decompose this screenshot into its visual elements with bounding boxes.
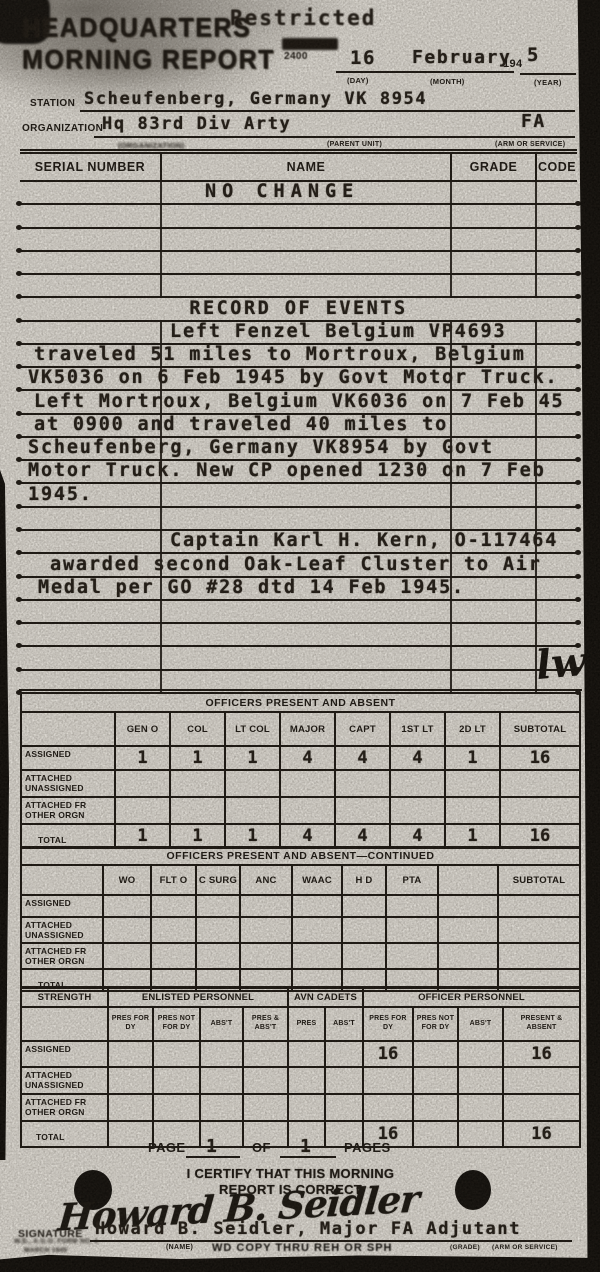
column-header: 2D LT (444, 713, 499, 747)
roster-row: RECORD OF EVENTS (20, 298, 577, 321)
table-row: ATTACHED FR OTHER ORGN (22, 944, 579, 970)
group-header: ENLISTED PERSONNEL (107, 989, 287, 1008)
value-cell (107, 1095, 152, 1122)
typed-entry: VK5036 on 6 Feb 1945 by Govt Motor Truck… (28, 367, 558, 388)
grade-header: GRADE (450, 154, 535, 180)
form-number-line2: MARCH 1945 (24, 1247, 67, 1254)
table-row: ATTACHED UNASSIGNED (22, 771, 579, 798)
column-divider (450, 252, 452, 273)
pages-label: PAGES (344, 1140, 391, 1155)
typed-entry: NO CHANGE (205, 181, 359, 202)
date-day-value: 16 (350, 47, 376, 69)
value-cell (385, 918, 437, 944)
column-header: H D (341, 866, 385, 896)
value-cell (497, 944, 579, 970)
value-cell: 1 (169, 747, 224, 771)
roster-row (20, 601, 577, 624)
roster-row (20, 647, 577, 670)
roster-row: Captain Karl H. Kern, O-117464 (20, 531, 577, 554)
table-row: ATTACHED UNASSIGNED (22, 918, 579, 944)
column-divider (535, 484, 537, 505)
column-divider (450, 508, 452, 529)
value-cell (437, 918, 497, 944)
code-header: CODE (535, 154, 577, 180)
value-cell (412, 1122, 457, 1148)
column-divider (450, 229, 452, 250)
value-cell (499, 798, 579, 825)
value-cell (242, 1042, 287, 1068)
column-divider (160, 601, 162, 622)
value-cell (224, 798, 279, 825)
column-divider (160, 531, 162, 552)
column-divider (535, 415, 537, 436)
roster-row (20, 229, 577, 252)
morning-report-page: Restricted HEADQUARTERS MORNING REPORT 2… (0, 0, 600, 1272)
officers-table-title: OFFICERS PRESENT AND ABSENT (22, 692, 579, 713)
row-label: ATTACHED FR OTHER ORGN (22, 798, 114, 825)
date-month-value: February (412, 47, 512, 68)
value-cell (412, 1095, 457, 1122)
typed-entry: RECORD OF EVENTS (189, 298, 407, 319)
column-divider (535, 578, 537, 599)
group-header: AVN CADETS (287, 989, 362, 1008)
value-cell (107, 1042, 152, 1068)
year-underline (520, 73, 576, 75)
value-cell: 4 (389, 747, 444, 771)
value-cell (291, 896, 341, 918)
roster-row (20, 205, 577, 228)
arm-or-service-label: (ARM OR SERVICE) (495, 141, 565, 148)
pages-underline (280, 1156, 336, 1158)
roster-row: Left Mortroux, Belgium VK6036 on 7 Feb 4… (20, 391, 577, 414)
date-underline (336, 71, 514, 73)
value-cell (107, 1068, 152, 1095)
organization-label: ORGANIZATION (22, 123, 103, 134)
value-cell: 1 (114, 747, 169, 771)
typed-entry: Motor Truck. New CP opened 1230 on 7 Feb (28, 460, 546, 481)
column-divider (160, 624, 162, 645)
column-header: COL (169, 713, 224, 747)
station-label: STATION (30, 98, 75, 109)
corner-cell (22, 1008, 107, 1042)
column-divider (160, 182, 162, 203)
strength-table: STRENGTHENLISTED PERSONNELAVN CADETSOFFI… (20, 986, 581, 1148)
corner-cell (22, 713, 114, 747)
roster-row (20, 508, 577, 531)
value-cell (242, 1095, 287, 1122)
column-divider (160, 508, 162, 529)
value-cell (412, 1068, 457, 1095)
value-cell (444, 771, 499, 798)
handwritten-initials: lw (534, 638, 588, 689)
strength-group-row: STRENGTHENLISTED PERSONNELAVN CADETSOFFI… (22, 989, 579, 1008)
column-header: PTA (385, 866, 437, 896)
value-cell (107, 1122, 152, 1148)
value-cell (457, 1122, 502, 1148)
value-cell (502, 1068, 579, 1095)
column-header: SUBTOTAL (497, 866, 579, 896)
column-divider (535, 229, 537, 250)
typed-entry: Medal per GO #28 dtd 14 Feb 1945. (38, 577, 465, 598)
grade-label: (GRADE) (450, 1244, 480, 1251)
organization-underline (94, 136, 575, 138)
value-cell (324, 1068, 362, 1095)
value-cell (341, 944, 385, 970)
value-cell (279, 798, 334, 825)
column-divider (535, 182, 537, 203)
value-cell (362, 1068, 412, 1095)
row-label: ATTACHED UNASSIGNED (22, 1068, 107, 1095)
value-cell: 16 (502, 1042, 579, 1068)
value-cell: 4 (334, 747, 389, 771)
value-cell (412, 1042, 457, 1068)
roster-row: Scheufenberg, Germany VK8954 by Govt (20, 438, 577, 461)
roster-row: at 0900 and traveled 40 miles to (20, 415, 577, 438)
value-cell (497, 918, 579, 944)
column-divider (450, 415, 452, 436)
value-cell: 16 (499, 747, 579, 771)
strength-table-body: STRENGTHENLISTED PERSONNELAVN CADETSOFFI… (22, 989, 579, 1148)
column-divider (535, 438, 537, 459)
value-cell (239, 944, 291, 970)
column-header: PRES NOT FOR DY (412, 1008, 457, 1042)
date-year-value: 5 (527, 44, 540, 66)
column-divider (450, 484, 452, 505)
value-cell (324, 1042, 362, 1068)
value-cell (334, 798, 389, 825)
typed-entry: Scheufenberg, Germany VK8954 by Govt (28, 437, 494, 458)
row-label: ATTACHED FR OTHER ORGN (22, 944, 102, 970)
value-cell (152, 1042, 199, 1068)
strength-label: STRENGTH (22, 989, 107, 1008)
column-divider (160, 252, 162, 273)
officers-table-body: GEN OCOLLT COLMAJORCAPT1ST LT2D LTSUBTOT… (22, 713, 579, 849)
column-divider (160, 275, 162, 296)
column-header: PRES FOR DY (362, 1008, 412, 1042)
officers-continued-title: OFFICERS PRESENT AND ABSENT—CONTINUED (22, 846, 579, 866)
row-label: ASSIGNED (22, 1042, 107, 1068)
typed-entry: Captain Karl H. Kern, O-117464 (170, 530, 558, 551)
table-row: ASSIGNED (22, 896, 579, 918)
roster-row: Motor Truck. New CP opened 1230 on 7 Feb (20, 461, 577, 484)
restricted-stamp: Restricted (230, 6, 376, 30)
morning-report-title: MORNING REPORT (22, 45, 275, 76)
column-divider (450, 205, 452, 226)
column-header (437, 866, 497, 896)
row-label: ASSIGNED (22, 896, 102, 918)
hours-label: 2400 (284, 51, 308, 62)
scan-edge-left (0, 470, 9, 1160)
page-number: 1 (206, 1136, 218, 1157)
value-cell (497, 896, 579, 918)
typed-entry: traveled 51 miles to Mortroux, Belgium (34, 344, 526, 365)
value-cell (199, 1095, 242, 1122)
column-header: WO (102, 866, 150, 896)
value-cell (150, 944, 195, 970)
value-cell (437, 944, 497, 970)
typed-entry: Left Fenzel Belgium VP4693 (170, 321, 506, 342)
value-cell (195, 918, 239, 944)
value-cell: 1 (224, 747, 279, 771)
column-divider (535, 205, 537, 226)
column-header: ABS'T (199, 1008, 242, 1042)
value-cell (444, 798, 499, 825)
pages-count: 1 (300, 1136, 312, 1157)
column-header: FLT O (150, 866, 195, 896)
serial-number-header: SERIAL NUMBER (20, 154, 160, 180)
roster-row: Left Fenzel Belgium VP4693 (20, 322, 577, 345)
value-cell (169, 798, 224, 825)
value-cell (457, 1095, 502, 1122)
value-cell: 4 (279, 747, 334, 771)
column-divider (535, 601, 537, 622)
column-header: WAAC (291, 866, 341, 896)
table-row: ASSIGNED111444116 (22, 747, 579, 771)
strength-row: ATTACHED FR OTHER ORGN (22, 1095, 579, 1122)
column-header: GEN O (114, 713, 169, 747)
row-label: TOTAL (22, 1122, 107, 1148)
value-cell (287, 1042, 324, 1068)
column-divider (450, 275, 452, 296)
strength-subheader-row: PRES FOR DYPRES NOT FOR DYABS'TPRES & AB… (22, 1008, 579, 1042)
value-cell (224, 771, 279, 798)
page-label: PAGE (148, 1140, 185, 1155)
column-divider (535, 252, 537, 273)
roster-row: NO CHANGE (20, 182, 577, 205)
value-cell (150, 918, 195, 944)
column-header: PRESENT & ABSENT (502, 1008, 579, 1042)
value-cell: 1 (444, 747, 499, 771)
punch-hole-right (455, 1170, 491, 1210)
station-underline (80, 110, 575, 112)
value-cell (239, 918, 291, 944)
value-cell (199, 1068, 242, 1095)
value-cell (457, 1068, 502, 1095)
column-divider (450, 624, 452, 645)
value-cell: 16 (502, 1122, 579, 1148)
value-cell (114, 771, 169, 798)
value-cell (499, 771, 579, 798)
value-cell (385, 944, 437, 970)
value-cell (341, 896, 385, 918)
value-cell (334, 771, 389, 798)
value-cell (457, 1042, 502, 1068)
column-divider (535, 322, 537, 343)
value-cell (341, 918, 385, 944)
value-cell (291, 944, 341, 970)
signature-typed: Howard B. Seidler, Major FA Adjutant (95, 1219, 521, 1239)
roster-row: traveled 51 miles to Mortroux, Belgium (20, 345, 577, 368)
arm-service-footer-label: (ARM OR SERVICE) (492, 1244, 558, 1251)
value-cell (152, 1068, 199, 1095)
roster-row (20, 624, 577, 647)
of-label: OF (252, 1140, 271, 1155)
column-divider (160, 647, 162, 668)
column-divider (450, 647, 452, 668)
officers-continued-table: OFFICERS PRESENT AND ABSENT—CONTINUED WO… (20, 846, 581, 992)
column-header: PRES & ABS'T (242, 1008, 287, 1042)
name-label: (NAME) (166, 1244, 193, 1251)
month-label: (MONTH) (430, 77, 465, 86)
column-header: CAPT (334, 713, 389, 747)
value-cell (287, 1095, 324, 1122)
station-value: Scheufenberg, Germany VK 8954 (84, 89, 427, 109)
column-divider (535, 275, 537, 296)
roster-section: SERIAL NUMBER NAME GRADE CODE NO CHANGER… (20, 152, 577, 694)
roster-row: awarded second Oak-Leaf Cluster to Air (20, 554, 577, 577)
name-header: NAME (160, 154, 450, 180)
column-divider (450, 601, 452, 622)
value-cell (114, 798, 169, 825)
strength-row: ASSIGNED1616 (22, 1042, 579, 1068)
column-divider (160, 322, 162, 343)
value-cell (150, 896, 195, 918)
value-cell (102, 944, 150, 970)
value-cell (385, 896, 437, 918)
column-header: ANC (239, 866, 291, 896)
value-cell (437, 896, 497, 918)
value-cell (239, 896, 291, 918)
column-header: SUBTOTAL (499, 713, 579, 747)
year-prefix: 194 (503, 58, 523, 70)
officers-table: OFFICERS PRESENT AND ABSENT GEN OCOLLT C… (20, 692, 581, 849)
table-header-row: GEN OCOLLT COLMAJORCAPT1ST LT2D LTSUBTOT… (22, 713, 579, 747)
column-header: PRES (287, 1008, 324, 1042)
strength-row: ATTACHED UNASSIGNED (22, 1068, 579, 1095)
row-label: ATTACHED UNASSIGNED (22, 771, 114, 798)
value-cell (152, 1095, 199, 1122)
value-cell (291, 918, 341, 944)
year-label: (YEAR) (534, 78, 562, 87)
group-header: OFFICER PERSONNEL (362, 989, 579, 1008)
wd-copy-stamp: WD COPY THRU REH OR SPH (212, 1242, 392, 1254)
typed-entry: 1945. (28, 484, 93, 505)
column-header: ABS'T (324, 1008, 362, 1042)
value-cell (195, 896, 239, 918)
scan-edge-bottom (0, 1254, 600, 1272)
corner-cell (22, 866, 102, 896)
roster-header-row: SERIAL NUMBER NAME GRADE CODE (20, 152, 577, 182)
row-label: ASSIGNED (22, 747, 114, 771)
value-cell (279, 771, 334, 798)
column-divider (535, 345, 537, 366)
value-cell (102, 918, 150, 944)
roster-row (20, 252, 577, 275)
column-header: PRES FOR DY (107, 1008, 152, 1042)
value-cell (362, 1095, 412, 1122)
value-cell (242, 1068, 287, 1095)
typed-entry: awarded second Oak-Leaf Cluster to Air (50, 554, 542, 575)
column-divider (535, 508, 537, 529)
organization-value: Hq 83rd Div Arty (102, 114, 291, 134)
value-cell: 16 (362, 1042, 412, 1068)
value-cell (102, 896, 150, 918)
value-cell (324, 1095, 362, 1122)
typed-entry: at 0900 and traveled 40 miles to (34, 414, 448, 435)
parent-unit-label: (PARENT UNIT) (327, 141, 382, 148)
row-label: ATTACHED FR OTHER ORGN (22, 1095, 107, 1122)
value-cell (389, 771, 444, 798)
column-header: LT COL (224, 713, 279, 747)
value-cell (195, 944, 239, 970)
column-header: MAJOR (279, 713, 334, 747)
column-header: PRES NOT FOR DY (152, 1008, 199, 1042)
roster-rows: NO CHANGERECORD OF EVENTSLeft Fenzel Bel… (20, 182, 577, 694)
table-header-row: WOFLT OC SURGANCWAACH DPTASUBTOTAL (22, 866, 579, 896)
column-header: C SURG (195, 866, 239, 896)
form-number-line1: W.D., A.G.O. FORM NO. 1 (14, 1238, 98, 1245)
roster-row: Medal per GO #28 dtd 14 Feb 1945. (20, 578, 577, 601)
value-cell (287, 1068, 324, 1095)
column-divider (160, 205, 162, 226)
hours-smudge (282, 38, 338, 50)
column-header: ABS'T (457, 1008, 502, 1042)
headquarters-title: HEADQUARTERS (22, 13, 251, 44)
value-cell (502, 1095, 579, 1122)
officers-continued-body: WOFLT OC SURGANCWAACH DPTASUBTOTALASSIGN… (22, 866, 579, 992)
arm-service-value: FA (521, 111, 546, 132)
column-divider (450, 182, 452, 203)
roster-row: 1945. (20, 484, 577, 507)
page-underline (186, 1156, 240, 1158)
value-cell (389, 798, 444, 825)
row-label: ATTACHED UNASSIGNED (22, 918, 102, 944)
column-header: 1ST LT (389, 713, 444, 747)
roster-row (20, 275, 577, 298)
day-label: (DAY) (347, 76, 369, 85)
column-divider (160, 229, 162, 250)
column-divider (160, 484, 162, 505)
roster-row: VK5036 on 6 Feb 1945 by Govt Motor Truck… (20, 368, 577, 391)
table-row: ATTACHED FR OTHER ORGN (22, 798, 579, 825)
typed-entry: Left Mortroux, Belgium VK6036 on 7 Feb 4… (34, 391, 564, 412)
value-cell (169, 771, 224, 798)
value-cell (199, 1042, 242, 1068)
